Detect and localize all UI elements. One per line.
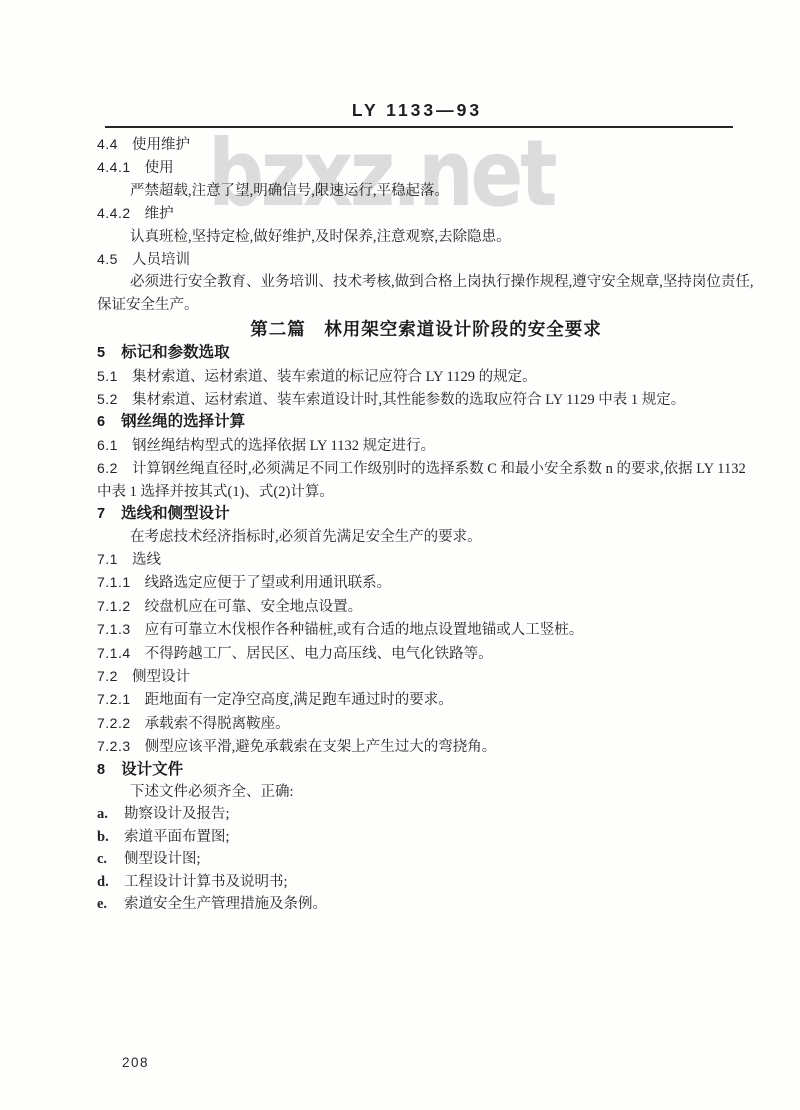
clause-text: 集材索道、运材索道、装车索道设计时,其性能参数的选取应符合 LY 1129 中表… bbox=[132, 392, 685, 408]
clause-number: 4.4.2 bbox=[97, 205, 131, 221]
clause-number: 4.5 bbox=[97, 251, 118, 267]
clause-text: 不得跨越工厂、居民区、电力高压线、电气化铁路等。 bbox=[145, 646, 493, 662]
list-item: c.侧型设计图; bbox=[97, 848, 755, 870]
clause-text: 使用维护 bbox=[132, 137, 190, 153]
paragraph: 认真班检,坚持定检,做好维护,及时保养,注意观察,去除隐患。 bbox=[97, 226, 755, 248]
clause-line: 7.1选线 bbox=[97, 548, 755, 571]
clause-line: 7.1.4不得跨越工厂、居民区、电力高压线、电气化铁路等。 bbox=[97, 642, 755, 665]
clause-text: 钢丝绳结构型式的选择依据 LY 1132 规定进行。 bbox=[132, 438, 435, 454]
clause-line: 4.4.2维护 bbox=[97, 202, 755, 225]
list-item: b.索道平面布置图; bbox=[97, 826, 755, 848]
clause-number: 7.2.2 bbox=[97, 715, 131, 731]
list-item-text: 勘察设计及报告; bbox=[124, 806, 230, 822]
clause-number: 7.1 bbox=[97, 551, 118, 567]
clause-number: 5.1 bbox=[97, 368, 118, 384]
paragraph: 在考虑技术经济指标时,必须首先满足安全生产的要求。 bbox=[97, 526, 755, 548]
clause-line: 5.2集材索道、运材索道、装车索道设计时,其性能参数的选取应符合 LY 1129… bbox=[97, 388, 755, 411]
document-body: 4.4使用维护4.4.1使用严禁超载,注意了望,明确信号,限速运行,平稳起落。4… bbox=[97, 133, 755, 915]
clause-number: 7.2.1 bbox=[97, 691, 131, 707]
section-number: 7 bbox=[97, 506, 105, 522]
clause-line: 7.2.2承载索不得脱离鞍座。 bbox=[97, 712, 755, 735]
section-heading: 5标记和参数选取 bbox=[97, 342, 755, 364]
clause-text: 承载索不得脱离鞍座。 bbox=[145, 716, 290, 732]
section-heading: 7选线和侧型设计 bbox=[97, 503, 755, 525]
clause-number: 6.1 bbox=[97, 437, 118, 453]
clause-number: 5.2 bbox=[97, 391, 118, 407]
list-item-letter: a. bbox=[97, 803, 124, 825]
clause-line: 7.2.1距地面有一定净空高度,满足跑车通过时的要求。 bbox=[97, 688, 755, 711]
list-item-text: 索道安全生产管理措施及条例。 bbox=[124, 896, 327, 912]
clause-number: 7.2 bbox=[97, 668, 118, 684]
list-item-letter: c. bbox=[97, 848, 124, 870]
clause-text: 人员培训 bbox=[132, 252, 190, 268]
clause-text: 绞盘机应在可靠、安全地点设置。 bbox=[145, 599, 363, 615]
part-title: 第二篇 林用架空索道设计阶段的安全要求 bbox=[97, 316, 755, 342]
page-content-layer: LY 1133—93 4.4使用维护4.4.1使用严禁超载,注意了望,明确信号,… bbox=[0, 0, 800, 1110]
section-heading: 6钢丝绳的选择计算 bbox=[97, 411, 755, 433]
list-item: a.勘察设计及报告; bbox=[97, 803, 755, 825]
clause-line: 5.1集材索道、运材索道、装车索道的标记应符合 LY 1129 的规定。 bbox=[97, 365, 755, 388]
clause-line: 7.1.3应有可靠立木伐根作各种锚桩,或有合适的地点设置地锚或人工竖桩。 bbox=[97, 618, 755, 641]
clause-text: 应有可靠立木伐根作各种锚桩,或有合适的地点设置地锚或人工竖桩。 bbox=[145, 622, 584, 638]
clause-line: 7.1.1线路选定应便于了望或利用通讯联系。 bbox=[97, 571, 755, 594]
clause-line: 4.4使用维护 bbox=[97, 133, 755, 156]
clause-line: 4.4.1使用 bbox=[97, 156, 755, 179]
clause-line: 6.2计算钢丝绳直径时,必须满足不同工作级别时的选择系数 C 和最小安全系数 n… bbox=[97, 457, 755, 503]
clause-number: 7.2.3 bbox=[97, 738, 131, 754]
clause-text: 选线 bbox=[132, 552, 161, 568]
clause-text: 侧型设计 bbox=[132, 669, 190, 685]
section-title-text: 标记和参数选取 bbox=[121, 344, 230, 361]
standard-number-header: LY 1133—93 bbox=[97, 100, 737, 121]
section-title-text: 设计文件 bbox=[121, 761, 183, 778]
clause-text: 使用 bbox=[145, 160, 174, 176]
clause-line: 4.5人员培训 bbox=[97, 248, 755, 271]
paragraph: 下述文件必须齐全、正确: bbox=[97, 781, 755, 803]
clause-line: 7.2侧型设计 bbox=[97, 665, 755, 688]
list-item: d.工程设计计算书及说明书; bbox=[97, 871, 755, 893]
clause-number: 7.1.1 bbox=[97, 574, 131, 590]
clause-text: 线路选定应便于了望或利用通讯联系。 bbox=[145, 575, 392, 591]
list-item-text: 工程设计计算书及说明书; bbox=[124, 874, 288, 890]
list-item: e.索道安全生产管理措施及条例。 bbox=[97, 893, 755, 915]
clause-number: 7.1.2 bbox=[97, 598, 131, 614]
clause-text: 侧型应该平滑,避免承载索在支架上产生过大的弯挠角。 bbox=[145, 739, 497, 755]
section-title-text: 钢丝绳的选择计算 bbox=[121, 413, 245, 430]
section-number: 6 bbox=[97, 414, 105, 430]
list-item-letter: e. bbox=[97, 893, 124, 915]
clause-number: 4.4 bbox=[97, 136, 118, 152]
clause-number: 4.4.1 bbox=[97, 159, 131, 175]
list-item-text: 侧型设计图; bbox=[124, 851, 201, 867]
clause-number: 7.1.3 bbox=[97, 621, 131, 637]
section-title-text: 选线和侧型设计 bbox=[121, 505, 230, 522]
clause-line: 7.2.3侧型应该平滑,避免承载索在支架上产生过大的弯挠角。 bbox=[97, 735, 755, 758]
clause-number: 6.2 bbox=[97, 460, 118, 476]
scanned-standard-page: bzxz.net LY 1133—93 4.4使用维护4.4.1使用严禁超载,注… bbox=[0, 0, 800, 1110]
section-number: 8 bbox=[97, 762, 105, 778]
list-item-letter: b. bbox=[97, 826, 124, 848]
clause-text: 集材索道、运材索道、装车索道的标记应符合 LY 1129 的规定。 bbox=[132, 369, 537, 385]
clause-text: 计算钢丝绳直径时,必须满足不同工作级别时的选择系数 C 和最小安全系数 n 的要… bbox=[97, 461, 746, 499]
header-rule bbox=[105, 126, 733, 128]
section-number: 5 bbox=[97, 345, 105, 361]
page-number: 208 bbox=[122, 1055, 149, 1070]
list-item-text: 索道平面布置图; bbox=[124, 829, 230, 845]
clause-line: 7.1.2绞盘机应在可靠、安全地点设置。 bbox=[97, 595, 755, 618]
section-heading: 8设计文件 bbox=[97, 759, 755, 781]
list-item-letter: d. bbox=[97, 871, 124, 893]
clause-line: 6.1钢丝绳结构型式的选择依据 LY 1132 规定进行。 bbox=[97, 434, 755, 457]
paragraph: 必须进行安全教育、业务培训、技术考核,做到合格上岗执行操作规程,遵守安全规章,坚… bbox=[97, 271, 755, 316]
clause-number: 7.1.4 bbox=[97, 645, 131, 661]
paragraph: 严禁超载,注意了望,明确信号,限速运行,平稳起落。 bbox=[97, 180, 755, 202]
clause-text: 维护 bbox=[145, 206, 174, 222]
clause-text: 距地面有一定净空高度,满足跑车通过时的要求。 bbox=[145, 692, 453, 708]
